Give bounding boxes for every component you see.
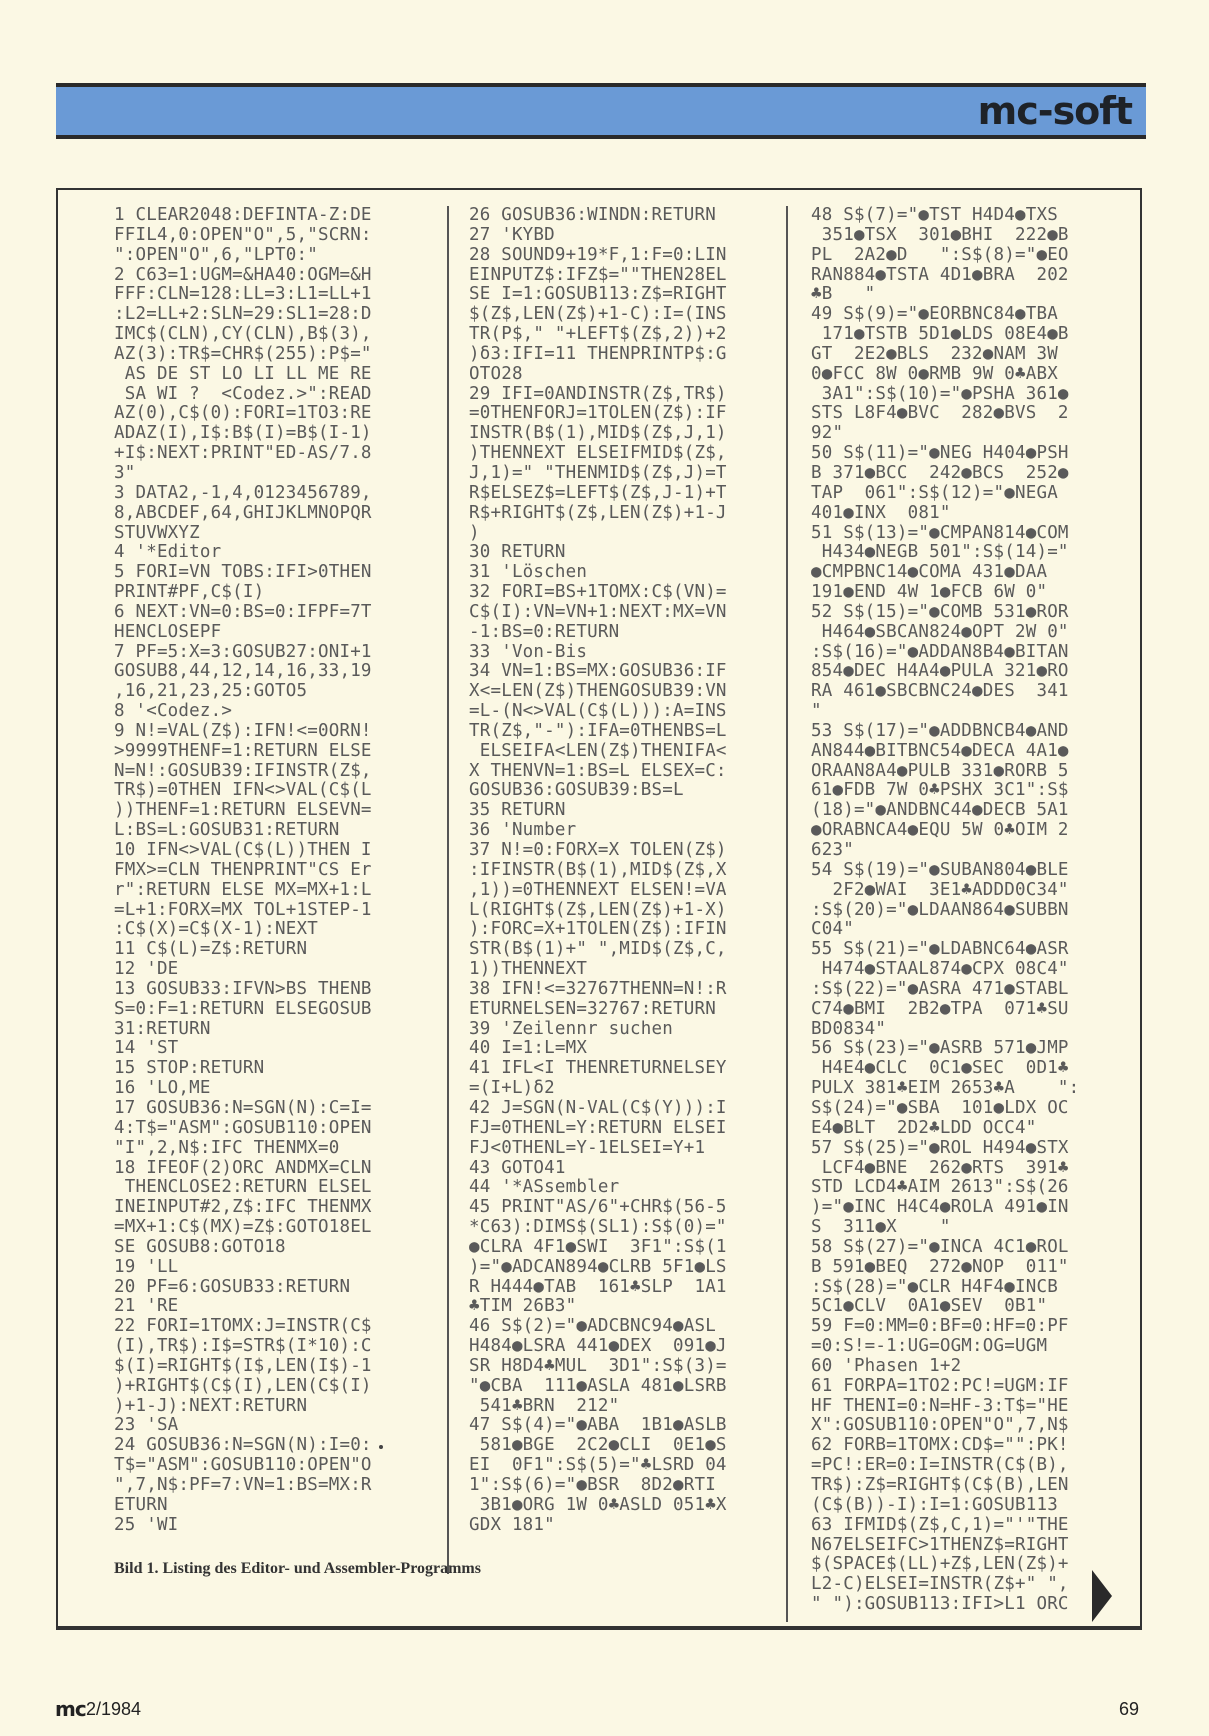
code-line: 57 S$(25)="●ROL H494●STX — [811, 1139, 1079, 1159]
code-line: "●CBA 111●ASLA 481●LSRB — [469, 1377, 727, 1397]
code-line: 4:T$="ASM":GOSUB110:OPEN — [114, 1119, 372, 1139]
code-line: E4●BLT 2D2♣LDD OCC4" — [811, 1119, 1079, 1139]
code-line: 62 FORB=1TOMX:CD$="":PK! — [811, 1436, 1079, 1456]
code-line: H484●LSRA 441●DEX 091●J — [469, 1337, 727, 1357]
code-line: ))THENF=1:RETURN ELSEVN= — [114, 801, 372, 821]
code-line: ",7,N$:PF=7:VN=1:BS=MX:R — [114, 1476, 372, 1496]
code-line: =L-(N<>VAL(C$(L))):A=INS — [469, 702, 727, 722]
code-line: :L2=LL+2:SLN=29:SL1=28:D — [114, 305, 372, 325]
code-line: FJ<0THENL=Y-1ELSEI=Y+1 — [469, 1139, 727, 1159]
code-line: OTO28 — [469, 365, 727, 385]
code-line: X THENVN=1:BS=L ELSEX=C: — [469, 762, 727, 782]
code-line: (18)="●ANDBNC44●DECB 5A1 — [811, 801, 1079, 821]
code-line: 7 PF=5:X=3:GOSUB27:ONI+1 — [114, 643, 372, 663]
code-line: GT 2E2●BLS 232●NAM 3W — [811, 345, 1079, 365]
code-line: 47 S$(4)="●ABA 1B1●ASLB — [469, 1416, 727, 1436]
code-line: 61●FDB 7W 0♣PSHX 3C1":S$ — [811, 781, 1079, 801]
code-line: 45 PRINT"AS/6"+CHR$(56-5 — [469, 1198, 727, 1218]
code-line: 39 'Zeilennr suchen — [469, 1020, 727, 1040]
code-line: 50 S$(11)="●NEG H404●PSH — [811, 444, 1079, 464]
code-line: 2F2●WAI 3E1♣ADDD0C34" — [811, 881, 1079, 901]
code-line: AZ(0),C$(0):FORI=1TO3:RE — [114, 404, 372, 424]
code-line: N=N!:GOSUB39:IFINSTR(Z$, — [114, 762, 372, 782]
code-line: H434●NEGB 501":S$(14)=" — [811, 543, 1079, 563]
code-line: 51 S$(13)="●CMPAN814●COM — [811, 524, 1079, 544]
code-line: :S$(16)="●ADDAN8B4●BITAN — [811, 643, 1079, 663]
issue-label: 2/1984 — [86, 1699, 141, 1719]
code-line: 10 IFN<>VAL(C$(L))THEN I — [114, 841, 372, 861]
code-line: TR$):Z$=RIGHT$(C$(B),LEN — [811, 1476, 1079, 1496]
code-line: R$ELSEZ$=LEFT$(Z$,J-1)+T — [469, 484, 727, 504]
code-line: X<=LEN(Z$)THENGOSUB39:VN — [469, 682, 727, 702]
code-line: ):FORC=X+1TOLEN(Z$):IFIN — [469, 920, 727, 940]
code-line: :S$(22)="●ASRA 471●STABL — [811, 980, 1079, 1000]
code-line: 22 FORI=1TOMX:J=INSTR(C$ — [114, 1317, 372, 1337]
code-line: ●CLRA 4F1●SWI 3F1":S$(1 — [469, 1238, 727, 1258]
code-line: 58 S$(27)="●INCA 4C1●ROL — [811, 1238, 1079, 1258]
listing-frame: 1 CLEAR2048:DEFINTA-Z:DEFFIL4,0:OPEN"O",… — [56, 188, 1142, 1630]
code-line: $(SPACE$(LL)+Z$,LEN(Z$)+ — [811, 1555, 1079, 1575]
code-line: STS L8F4●BVC 282●BVS 2 — [811, 404, 1079, 424]
code-line: 53 S$(17)="●ADDBNCB4●AND — [811, 722, 1079, 742]
code-line: 20 PF=6:GOSUB33:RETURN — [114, 1278, 372, 1298]
code-line: 30 RETURN — [469, 543, 727, 563]
code-line: H4E4●CLC 0C1●SEC 0D1♣ — [811, 1059, 1079, 1079]
code-line: 42 J=SGN(N-VAL(C$(Y))):I — [469, 1099, 727, 1119]
code-line: S 311●X " — [811, 1218, 1079, 1238]
code-line: FFF:CLN=128:LL=3:L1=LL+1 — [114, 285, 372, 305]
code-line: THENCLOSE2:RETURN ELSEL — [114, 1178, 372, 1198]
code-line: 24 GOSUB36:N=SGN(N):I=0: — [114, 1436, 372, 1456]
code-line: 351●TSX 301●BHI 222●B — [811, 226, 1079, 246]
code-line: RAN884●TSTA 4D1●BRA 202 — [811, 266, 1079, 286]
code-line: 6 NEXT:VN=0:BS=0:IFPF=7T — [114, 603, 372, 623]
code-line: ♣TIM 26B3" — [469, 1297, 727, 1317]
code-line: ELSEIFA<LEN(Z$)THENIFA< — [469, 742, 727, 762]
code-line: EINPUTZ$:IFZ$=""THEN28EL — [469, 266, 727, 286]
code-line: AZ(3):TR$=CHR$(255):P$=" — [114, 345, 372, 365]
code-line: S=0:F=1:RETURN ELSEGOSUB — [114, 1000, 372, 1020]
code-line: HF THENI=0:N=HF-3:T$="HE — [811, 1397, 1079, 1417]
code-line: TAP 061":S$(12)="●NEGA — [811, 484, 1079, 504]
code-line: IMC$(CLN),CY(CLN),B$(3), — [114, 325, 372, 345]
code-line: 5 FORI=VN TOBS:IFI>0THEN — [114, 563, 372, 583]
code-line: 56 S$(23)="●ASRB 571●JMP — [811, 1039, 1079, 1059]
code-line: 11 C$(L)=Z$:RETURN — [114, 940, 372, 960]
code-line: "I",2,N$:IFC THENMX=0 — [114, 1139, 372, 1159]
code-line: 14 'ST — [114, 1039, 372, 1059]
code-line: L2-C)ELSEI=INSTR(Z$+" ", — [811, 1575, 1079, 1595]
code-line: B 591●BEQ 272●NOP 011" — [811, 1258, 1079, 1278]
code-line: 401●INX 081" — [811, 504, 1079, 524]
code-line: SA WI ? <Codez.>":READ — [114, 385, 372, 405]
code-line: 60 'Phasen 1+2 — [811, 1357, 1079, 1377]
code-line: 31 'Löschen — [469, 563, 727, 583]
code-line: 43 GOTO41 — [469, 1159, 727, 1179]
code-line: 19 'LL — [114, 1258, 372, 1278]
code-line: $(Z$,LEN(Z$)+1-C):I=(INS — [469, 305, 727, 325]
code-line: L:BS=L:GOSUB31:RETURN — [114, 821, 372, 841]
code-line: 46 S$(2)="●ADCBNC94●ASL — [469, 1317, 727, 1337]
column-divider — [786, 206, 788, 1622]
code-line: SE GOSUB8:GOTO18 — [114, 1238, 372, 1258]
code-line: 8 '<Codez.> — [114, 702, 372, 722]
code-line: 15 STOP:RETURN — [114, 1059, 372, 1079]
code-line: -1:BS=0:RETURN — [469, 623, 727, 643]
print-speck — [379, 1445, 383, 1449]
code-line: 31:RETURN — [114, 1020, 372, 1040]
code-line: STR(B$(1)+" ",MID$(Z$,C, — [469, 940, 727, 960]
code-line: FMX>=CLN THENPRINT"CS Er — [114, 861, 372, 881]
code-line: GOSUB8,44,12,14,16,33,19 — [114, 662, 372, 682]
column-divider — [447, 206, 449, 1574]
code-line: 25 'WI — [114, 1516, 372, 1536]
code-line: 9 N!=VAL(Z$):IFN!<=0ORN! — [114, 722, 372, 742]
code-line: H464●SBCAN824●OPT 2W 0" — [811, 623, 1079, 643]
code-line: B 371●BCC 242●BCS 252● — [811, 464, 1079, 484]
code-line: 38 IFN!<=32767THENN=N!:R — [469, 980, 727, 1000]
code-line: 21 'RE — [114, 1297, 372, 1317]
code-line: r":RETURN ELSE MX=MX+1:L — [114, 881, 372, 901]
code-line: ●CMPBNC14●COMA 431●DAA — [811, 563, 1079, 583]
code-line: (I),TR$):I$=STR$(I*10):C — [114, 1337, 372, 1357]
figure-caption: Bild 1. Listing des Editor- und Assemble… — [114, 1560, 481, 1578]
code-line: BD0834" — [811, 1020, 1079, 1040]
code-line: 2 C63=1:UGM=&HA40:OGM=&H — [114, 266, 372, 286]
code-line: ADAZ(I),I$:B$(I)=B$(I-1) — [114, 424, 372, 444]
code-line: ETURNELSEN=32767:RETURN — [469, 1000, 727, 1020]
code-line: " — [811, 702, 1079, 722]
code-line: 1 CLEAR2048:DEFINTA-Z:DE — [114, 206, 372, 226]
code-line: ●ORABNCA4●EQU 5W 0♣OIM 2 — [811, 821, 1079, 841]
code-line: 171●TSTB 5D1●LDS 08E4●B — [811, 325, 1079, 345]
code-line: 623" — [811, 841, 1079, 861]
code-line: ETURN — [114, 1496, 372, 1516]
code-line: 61 FORPA=1TO2:PC!=UGM:IF — [811, 1377, 1079, 1397]
code-line: ORAAN8A4●PULB 331●RORB 5 — [811, 762, 1079, 782]
code-line: 3B1●ORG 1W 0♣ASLD 051♣X — [469, 1496, 727, 1516]
listing-column-middle: 26 GOSUB36:WINDN:RETURN27 'KYBD28 SOUND9… — [469, 206, 727, 1536]
code-line: TR$)=0THEN IFN<>VAL(C$(L — [114, 781, 372, 801]
code-line: STUVWXYZ — [114, 524, 372, 544]
code-line: 34 VN=1:BS=MX:GOSUB36:IF — [469, 662, 727, 682]
code-line: 3A1":S$(10)="●PSHA 361● — [811, 385, 1079, 405]
code-line: N67ELSEIFC>1THENZ$=RIGHT — [811, 1536, 1079, 1556]
code-line: 35 RETURN — [469, 801, 727, 821]
code-line: 191●END 4W 1●FCB 6W 0" — [811, 583, 1079, 603]
code-line: 17 GOSUB36:N=SGN(N):C=I= — [114, 1099, 372, 1119]
code-line: 8,ABCDEF,64,GHIJKLMNOPQR — [114, 504, 372, 524]
code-line: 5C1●CLV 0A1●SEV 0B1" — [811, 1297, 1079, 1317]
code-line: C$(I):VN=VN+1:NEXT:MX=VN — [469, 603, 727, 623]
code-line: 26 GOSUB36:WINDN:RETURN — [469, 206, 727, 226]
code-line: LCF4●BNE 262●RTS 391♣ — [811, 1159, 1079, 1179]
code-line: C04" — [811, 920, 1079, 940]
code-line: :S$(28)="●CLR H4F4●INCB — [811, 1278, 1079, 1298]
code-line: =L+1:FORX=MX TOL+1STEP-1 — [114, 901, 372, 921]
code-line: 12 'DE — [114, 960, 372, 980]
code-line: 36 'Number — [469, 821, 727, 841]
code-line: :IFINSTR(B$(1),MID$(Z$,X — [469, 861, 727, 881]
code-line: INEINPUT#2,Z$:IFC THENMX — [114, 1198, 372, 1218]
code-line: 0●FCC 8W 0●RMB 9W 0♣ABX — [811, 365, 1079, 385]
code-line: " "):GOSUB113:IFI>L1 ORC — [811, 1595, 1079, 1615]
listing-column-left: 1 CLEAR2048:DEFINTA-Z:DEFFIL4,0:OPEN"O",… — [114, 206, 372, 1536]
code-line: 92" — [811, 424, 1079, 444]
code-line: 23 'SA — [114, 1416, 372, 1436]
code-line: ,16,21,23,25:GOTO5 — [114, 682, 372, 702]
code-line: 63 IFMID$(Z$,C,1)="'"THE — [811, 1516, 1079, 1536]
code-line: 52 S$(15)="●COMB 531●ROR — [811, 603, 1079, 623]
code-line: :S$(20)="●LDAAN864●SUBBN — [811, 901, 1079, 921]
code-line: 55 S$(21)="●LDABNC64●ASR — [811, 940, 1079, 960]
code-line: TR(P$," "+LEFT$(Z$,2))+2 — [469, 325, 727, 345]
code-line: 49 S$(9)="●EORBNC84●TBA — [811, 305, 1079, 325]
code-line: SR H8D4♣MUL 3D1":S$(3)= — [469, 1357, 727, 1377]
code-line: FFIL4,0:OPEN"O",5,"SCRN: — [114, 226, 372, 246]
code-line: 1))THENNEXT — [469, 960, 727, 980]
code-line: 16 'LO,ME — [114, 1079, 372, 1099]
code-line: RA 461●SBCBNC24●DES 341 — [811, 682, 1079, 702]
code-line: 59 F=0:MM=0:BF=0:HF=0:PF — [811, 1317, 1079, 1337]
code-line: 3" — [114, 464, 372, 484]
code-line: +I$:NEXT:PRINT"ED-AS/7.8 — [114, 444, 372, 464]
code-line: SE I=1:GOSUB113:Z$=RIGHT — [469, 285, 727, 305]
triangle-right-icon — [1092, 1570, 1112, 1622]
code-line: =PC!:ER=0:I=INSTR(C$(B), — [811, 1456, 1079, 1476]
code-line: 18 IFEOF(2)ORC ANDMX=CLN — [114, 1159, 372, 1179]
code-line: 581●BGE 2C2●CLI 0E1●S — [469, 1436, 727, 1456]
code-line: >9999THENF=1:RETURN ELSE — [114, 742, 372, 762]
code-line: 40 I=1:L=MX — [469, 1039, 727, 1059]
listing-column-right: 48 S$(7)="●TST H4D4●TXS 351●TSX 301●BHI … — [811, 206, 1079, 1615]
code-line: 28 SOUND9+19*F,1:F=0:LIN — [469, 246, 727, 266]
code-line: STD LCD4♣AIM 2613":S$(26 — [811, 1178, 1079, 1198]
code-line: (C$(B))-I):I=1:GOSUB113 — [811, 1496, 1079, 1516]
page-number: 69 — [1119, 1699, 1139, 1719]
code-line: )="●INC H4C4●ROLA 491●IN — [811, 1198, 1079, 1218]
code-line: )δ3:IFI=11 THENPRINTP$:G — [469, 345, 727, 365]
code-line: )="●ADCAN894●CLRB 5F1●LS — [469, 1258, 727, 1278]
code-line: =0THENFORJ=1TOLEN(Z$):IF — [469, 404, 727, 424]
code-line: =MX+1:C$(MX)=Z$:GOTO18EL — [114, 1218, 372, 1238]
code-line: R$+RIGHT$(Z$,LEN(Z$)+1-J — [469, 504, 727, 524]
code-line: :C$(X)=C$(X-1):NEXT — [114, 920, 372, 940]
code-line: =0:S!=-1:UG=OGM:OG=UGM — [811, 1337, 1079, 1357]
code-line: PULX 381♣EIM 2653♣A ": — [811, 1079, 1079, 1099]
code-line: 29 IFI=0ANDINSTR(Z$,TR$) — [469, 385, 727, 405]
code-line: ) — [469, 524, 727, 544]
code-line: GDX 181" — [469, 1516, 727, 1536]
code-line: S$(24)="●SBA 101●LDX OC — [811, 1099, 1079, 1119]
code-line: 4 '*Editor — [114, 543, 372, 563]
code-line: C74●BMI 2B2●TPA 071♣SU — [811, 1000, 1079, 1020]
code-line: 41 IFL<I THENRETURNELSEY — [469, 1059, 727, 1079]
code-line: AN844●BITBNC54●DECA 4A1● — [811, 742, 1079, 762]
code-line: ,1))=0THENNEXT ELSEN!=VA — [469, 881, 727, 901]
code-line: HENCLOSEPF — [114, 623, 372, 643]
code-line: 854●DEC H4A4●PULA 321●RO — [811, 662, 1079, 682]
code-line: FJ=0THENL=Y:RETURN ELSEI — [469, 1119, 727, 1139]
code-line: 27 'KYBD — [469, 226, 727, 246]
code-line: )+1-J):NEXT:RETURN — [114, 1397, 372, 1417]
code-line: ♣B " — [811, 285, 1079, 305]
code-line: 48 S$(7)="●TST H4D4●TXS — [811, 206, 1079, 226]
code-line: PRINT#PF,C$(I) — [114, 583, 372, 603]
code-line: ":OPEN"O",6,"LPT0:" — [114, 246, 372, 266]
code-line: INSTR(B$(1),MID$(Z$,J,1) — [469, 424, 727, 444]
code-line: EI 0F1":S$(5)="♣LSRD 04 — [469, 1456, 727, 1476]
code-line: 13 GOSUB33:IFVN>BS THENB — [114, 980, 372, 1000]
code-line: T$="ASM":GOSUB110:OPEN"O — [114, 1456, 372, 1476]
code-line: *C63):DIMS$(SL1):S$(0)=" — [469, 1218, 727, 1238]
code-line: AS DE ST LO LI LL ME RE — [114, 365, 372, 385]
code-line: X":GOSUB110:OPEN"O",7,N$ — [811, 1416, 1079, 1436]
section-header-band: mc-soft — [56, 83, 1146, 139]
code-line: J,1)=" "THENMID$(Z$,J)=T — [469, 464, 727, 484]
code-line: 3 DATA2,-1,4,0123456789, — [114, 484, 372, 504]
code-line: 37 N!=0:FORX=X TOLEN(Z$) — [469, 841, 727, 861]
code-line: )+RIGHT$(C$(I),LEN(C$(I) — [114, 1377, 372, 1397]
code-line: 54 S$(19)="●SUBAN804●BLE — [811, 861, 1079, 881]
code-line: TR(Z$,"-"):IFA=0THENBS=L — [469, 722, 727, 742]
code-line: 32 FORI=BS+1TOMX:C$(VN)= — [469, 583, 727, 603]
code-line: 33 'Von-Bis — [469, 643, 727, 663]
code-line: )THENNEXT ELSEIFMID$(Z$, — [469, 444, 727, 464]
code-line: H474●STAAL874●CPX 08C4" — [811, 960, 1079, 980]
code-line: $(I)=RIGHT$(I$,LEN(I$)-1 — [114, 1357, 372, 1377]
section-title: mc-soft — [978, 89, 1132, 133]
code-line: GOSUB36:GOSUB39:BS=L — [469, 781, 727, 801]
magazine-logo: mc — [55, 1699, 86, 1719]
code-line: 1":S$(6)="●BSR 8D2●RTI — [469, 1476, 727, 1496]
code-line: R H444●TAB 161♣SLP 1A1 — [469, 1278, 727, 1298]
code-line: L(RIGHT$(Z$,LEN(Z$)+1-X) — [469, 901, 727, 921]
code-line: 44 '*ASsembler — [469, 1178, 727, 1198]
code-line: PL 2A2●D ":S$(8)="●EO — [811, 246, 1079, 266]
code-line: 541♣BRN 212" — [469, 1397, 727, 1417]
code-line: =(I+L)δ2 — [469, 1079, 727, 1099]
